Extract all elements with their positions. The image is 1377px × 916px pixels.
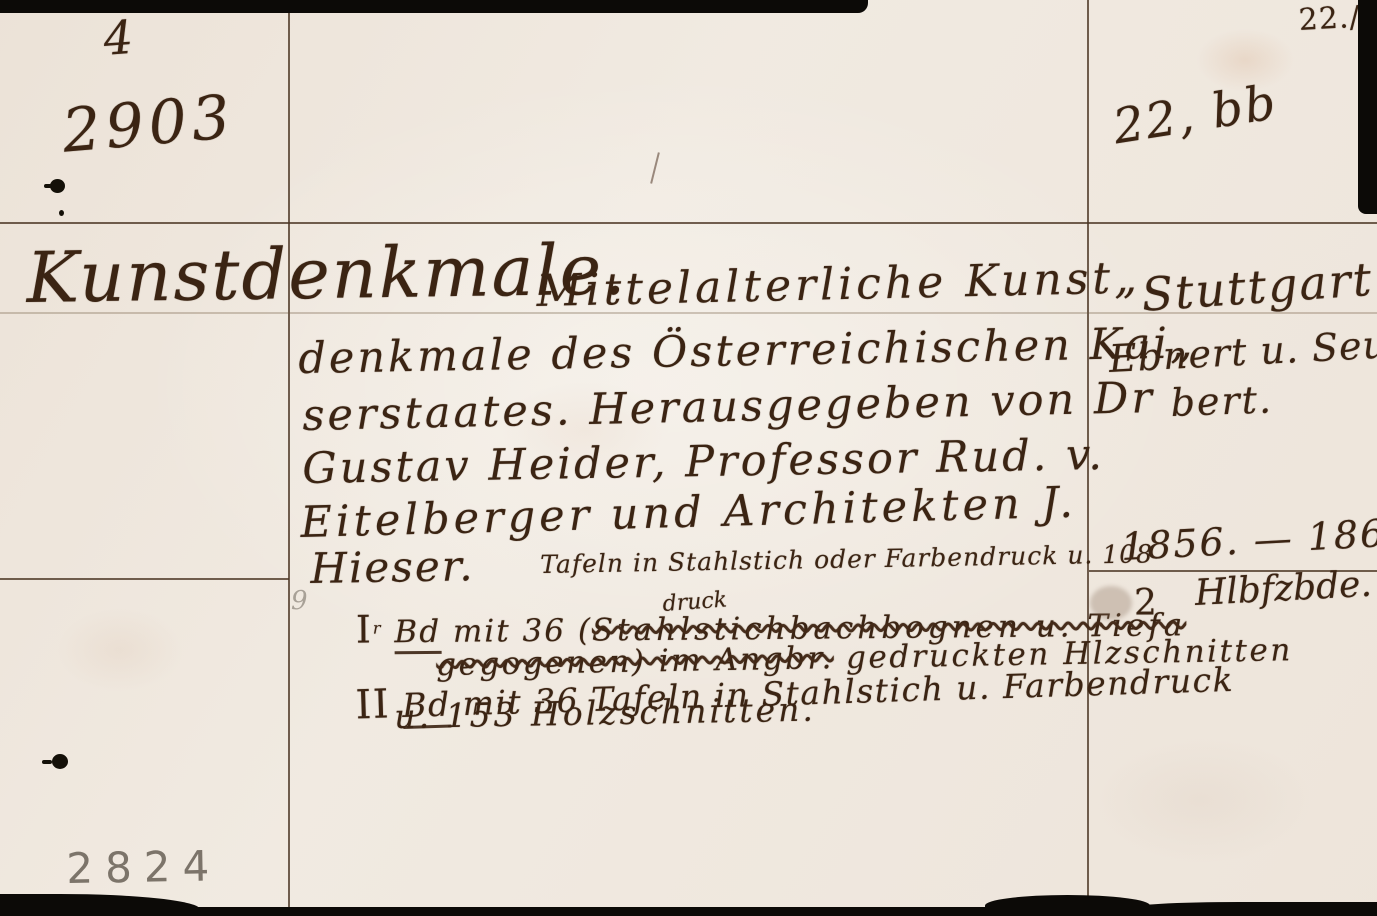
erasure-smudge: [1090, 586, 1132, 620]
volume-2-line-2: u. 153 Holzschnitten.: [394, 693, 816, 733]
imprint-volume-count: 2: [1134, 586, 1157, 622]
entry-line-1: Mittelalterliche Kunst„: [536, 256, 1141, 314]
accession-number: 2903: [60, 87, 237, 162]
bottom-pencil-number: 2824: [66, 845, 222, 890]
scan-edge-right-top: [1358, 0, 1377, 214]
imprint-years: 1856. — 1860: [1120, 513, 1377, 566]
imprint-binding: Hlbfzbde.: [1194, 567, 1373, 612]
catalog-card: 22./4 4 2903 22, bb Kunstdenkmale. Mitte…: [0, 0, 1377, 916]
plate-note: Tafeln in Stahlstich oder Farbendruck u.…: [540, 541, 1153, 577]
volume-2-numeral: II: [355, 681, 391, 728]
ink-dot-small: [59, 210, 64, 216]
shelfmark: 22, bb: [1110, 78, 1281, 151]
volume-1-numeral-superscript: r: [373, 618, 383, 637]
ink-blot-top: [50, 179, 65, 193]
ink-blot-middle: [52, 754, 68, 769]
ink-blot-top-tail: [44, 184, 52, 188]
imprint-place: Stuttgart: [1140, 256, 1375, 318]
stray-pen-stroke: [650, 152, 660, 184]
imprint-publisher-line-2: bert.: [1170, 380, 1274, 422]
entry-line-2: denkmale des Österreichischen Kai„: [298, 322, 1196, 381]
pencil-mark-small: 9: [291, 588, 308, 614]
page-number: 4: [102, 14, 134, 62]
rule-vertical-left: [288, 0, 290, 916]
scan-wave-bottom-right: [985, 895, 1150, 916]
scan-corner-bottom-right: [1127, 902, 1377, 916]
ink-blot-middle-tail: [42, 760, 52, 764]
volume-1-insert-word: druck: [662, 590, 728, 616]
rule-left-column: [0, 578, 289, 580]
rule-horizontal-top: [0, 222, 1377, 224]
scan-corner-bottom-left: [0, 894, 200, 916]
entry-line-3: serstaates. Herausgegeben von Dr: [302, 377, 1155, 438]
scan-edge-top: [0, 0, 868, 13]
volume-1-numeral: I: [356, 607, 373, 651]
